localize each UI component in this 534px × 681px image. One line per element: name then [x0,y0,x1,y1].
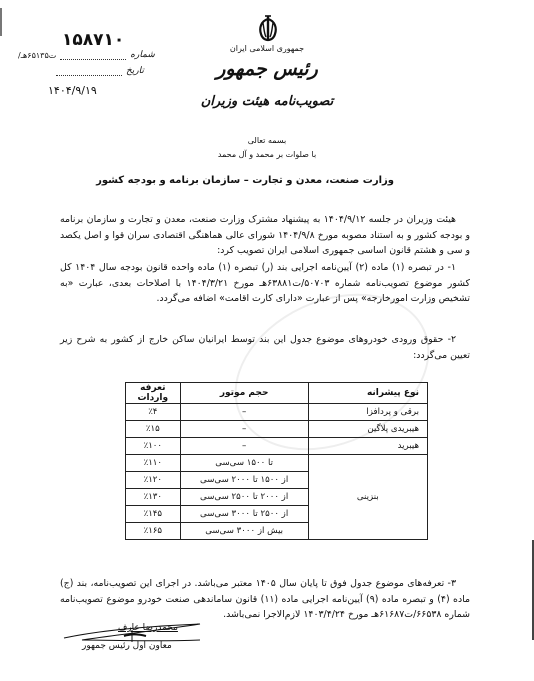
table-row: هیبریدی پلاگین – ٪۱۵ [126,421,428,438]
republic-heading: جمهوری اسلامی ایران [0,44,534,53]
iran-emblem-icon [254,14,282,44]
cell-tariff: ٪۱۱۰ [126,455,181,472]
bismillah: بسمه تعالی [0,136,534,145]
addressee: وزارت صنعت، معدن و تجارت – سازمان برنامه… [96,175,394,186]
tariff-table: نوع پیشرانه حجم موتور تعرفه واردات برقی … [125,382,428,540]
clause-1: ۱- در تبصره (۱) ماده (۲) آیین‌نامه اجرای… [60,260,470,307]
table-row: هیبرید – ٪۱۰۰ [126,438,428,455]
cell-tariff: ٪۱۴۵ [126,506,181,523]
cell-engine: – [180,438,308,455]
clause-3: ۳- تعرفه‌های موضوع جدول فوق تا پایان سال… [60,576,470,623]
signatory-title: معاون اول رئیس جمهور [82,641,172,651]
cell-tariff: ٪۱۰۰ [126,438,181,455]
header-import-tariff: تعرفه واردات [126,383,181,404]
table-header-row: نوع پیشرانه حجم موتور تعرفه واردات [126,383,428,404]
cell-engine: از ۱۵۰۰ تا ۲۰۰۰ سی‌سی [180,472,308,489]
signatory-name: محمدرضا عارف [118,623,178,633]
document-type-heading: تصویب‌نامه هیئت وزیران [0,94,534,109]
cell-tariff: ٪۱۳۰ [126,489,181,506]
cell-engine: از ۲۵۰۰ تا ۳۰۰۰ سی‌سی [180,506,308,523]
table-row: برقی و پردافزا – ٪۴ [126,404,428,421]
cell-engine: تا ۱۵۰۰ سی‌سی [180,455,308,472]
intro-paragraph: هیئت وزیران در جلسه ۱۴۰۴/۹/۱۲ به پیشنهاد… [60,212,470,259]
header-engine-type: نوع پیشرانه [308,383,427,404]
table-row: بنزینی تا ۱۵۰۰ سی‌سی ٪۱۱۰ [126,455,428,472]
cell-type-gasoline: بنزینی [308,455,427,540]
cell-tariff: ٪۱۶۵ [126,523,181,540]
clause-2: ۲- حقوق ورودی خودروهای موضوع جدول این بن… [60,332,470,363]
cell-type: هیبریدی پلاگین [308,421,427,438]
cell-tariff: ٪۴ [126,404,181,421]
decree-page: ۱۵۸۷۱۰ شماره ت۶۵۱۳۵هـ/ تاریخ ۱۴۰۴/۹/۱۹ ج… [0,0,534,681]
cell-type: برقی و پردافزا [308,404,427,421]
cell-tariff: ٪۱۵ [126,421,181,438]
cell-engine: – [180,421,308,438]
office-heading: رئیس جمهور [0,58,534,80]
cell-engine: بیش از ۳۰۰۰ سی‌سی [180,523,308,540]
header-engine-size: حجم موتور [180,383,308,404]
cell-tariff: ٪۱۲۰ [126,472,181,489]
cell-engine: از ۲۰۰۰ تا ۲۵۰۰ سی‌سی [180,489,308,506]
cell-engine: – [180,404,308,421]
scan-edge-left [0,8,2,36]
salawat: با صلوات بر محمد و آل محمد [0,150,534,159]
cell-type: هیبرید [308,438,427,455]
